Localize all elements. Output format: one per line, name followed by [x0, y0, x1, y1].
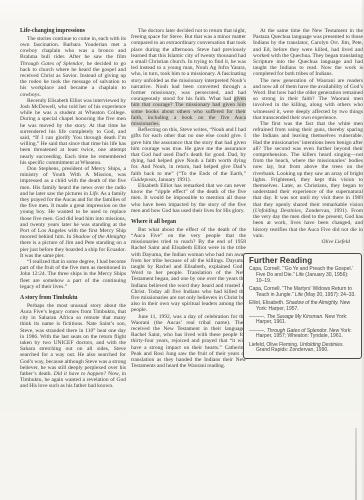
paragraph: The doctors later decided not to return … — [131, 28, 246, 127]
text-run: The stories continue to come in, each wi… — [20, 36, 126, 61]
text-run: , he decided to go back to church where … — [20, 61, 126, 98]
text-run: The first was the fact that the white me… — [253, 121, 363, 214]
italic-text-run: Life — [296, 272, 304, 278]
italic-text-run: Through Gates of Splendor — [20, 61, 83, 67]
column-left: Life-changing impressions The stories co… — [20, 28, 126, 390]
scanned-book-page: Life-changing impressions The stories co… — [0, 0, 364, 500]
text-run: Grand Rapids: Zondervan, 1990. — [256, 347, 329, 353]
reference-entry: Elliot, Elisabeth. Shadow of the Almight… — [249, 301, 356, 312]
text-run: there is a picture of Jim and Pete stand… — [20, 240, 126, 258]
reference-entry: Liefeld, Olive Fleming. Unfolding Destin… — [249, 343, 356, 354]
paragraph: At the same time the New Testament in th… — [253, 28, 363, 78]
italic-text-run: Unfolding Destinies — [255, 208, 301, 214]
further-reading-box: Further Reading Capa, Cornell. “‘Go Ye a… — [243, 253, 362, 359]
author-signature: Olive Liefeld — [253, 239, 363, 245]
paragraph: June 11, 1992, was a day of celebration … — [131, 314, 246, 370]
section-heading-life-changing-impressions: Life-changing impressions — [20, 28, 126, 34]
column-right: At the same time the New Testament in th… — [253, 28, 363, 359]
italic-text-run: Life — [295, 292, 303, 298]
reference-entry: Capa, Cornell. “‘Go Ye and Preach the Go… — [249, 267, 356, 284]
paragraph: The new generation of Waorani are reader… — [253, 78, 363, 121]
reference-entry: ———. The Savage My Kinsman. New York: Ha… — [249, 315, 356, 326]
paragraph: The stories continue to come in, each wi… — [20, 36, 126, 98]
paragraph: Reflecting on this, Steve writes, “Nouh … — [131, 127, 246, 183]
text-run: The doctors later decided not to return … — [131, 28, 246, 102]
paragraph: Don Stephens, president of Mercy Ships, … — [20, 166, 126, 259]
italic-text-run: Life — [89, 191, 98, 197]
paragraph: But what about the effect of the death o… — [131, 227, 246, 314]
text-run: Perhaps the most unusual story about the… — [20, 303, 126, 377]
further-reading-title: Further Reading — [249, 258, 356, 264]
text-run: . As a family they prayed for the Aucas … — [20, 191, 126, 240]
section-heading-story-from-timbuktu: A story from Timbuktu — [20, 295, 126, 301]
section-heading-where-it-all-began: Where it all began — [131, 219, 246, 225]
paragraph: “I realized that in some degree, I had b… — [20, 259, 126, 290]
reference-entry: Capa, Cornell. “The Martyrs’ Widows Retu… — [249, 287, 356, 298]
reference-entry: ———. Through Gates of Splendor. New York… — [249, 329, 356, 340]
text-run: (May 20, 1957): 24–33. — [303, 292, 356, 298]
text-run: , January 1991). — [156, 177, 191, 183]
paragraph: Perhaps the most unusual story about the… — [20, 303, 126, 390]
paragraph: The first was the fact that the white me… — [253, 121, 363, 239]
paragraph: Elisabeth Elliot has remarked that we ca… — [131, 183, 246, 214]
italic-text-run: Guideposts — [131, 177, 156, 183]
column-middle: The doctors later decided not to return … — [131, 28, 246, 369]
paragraph: Recently Elisabeth Elliot was interviewe… — [20, 98, 126, 166]
page-edge-scan-line — [355, 428, 357, 500]
article-columns: Life-changing impressions The stories co… — [20, 28, 363, 390]
